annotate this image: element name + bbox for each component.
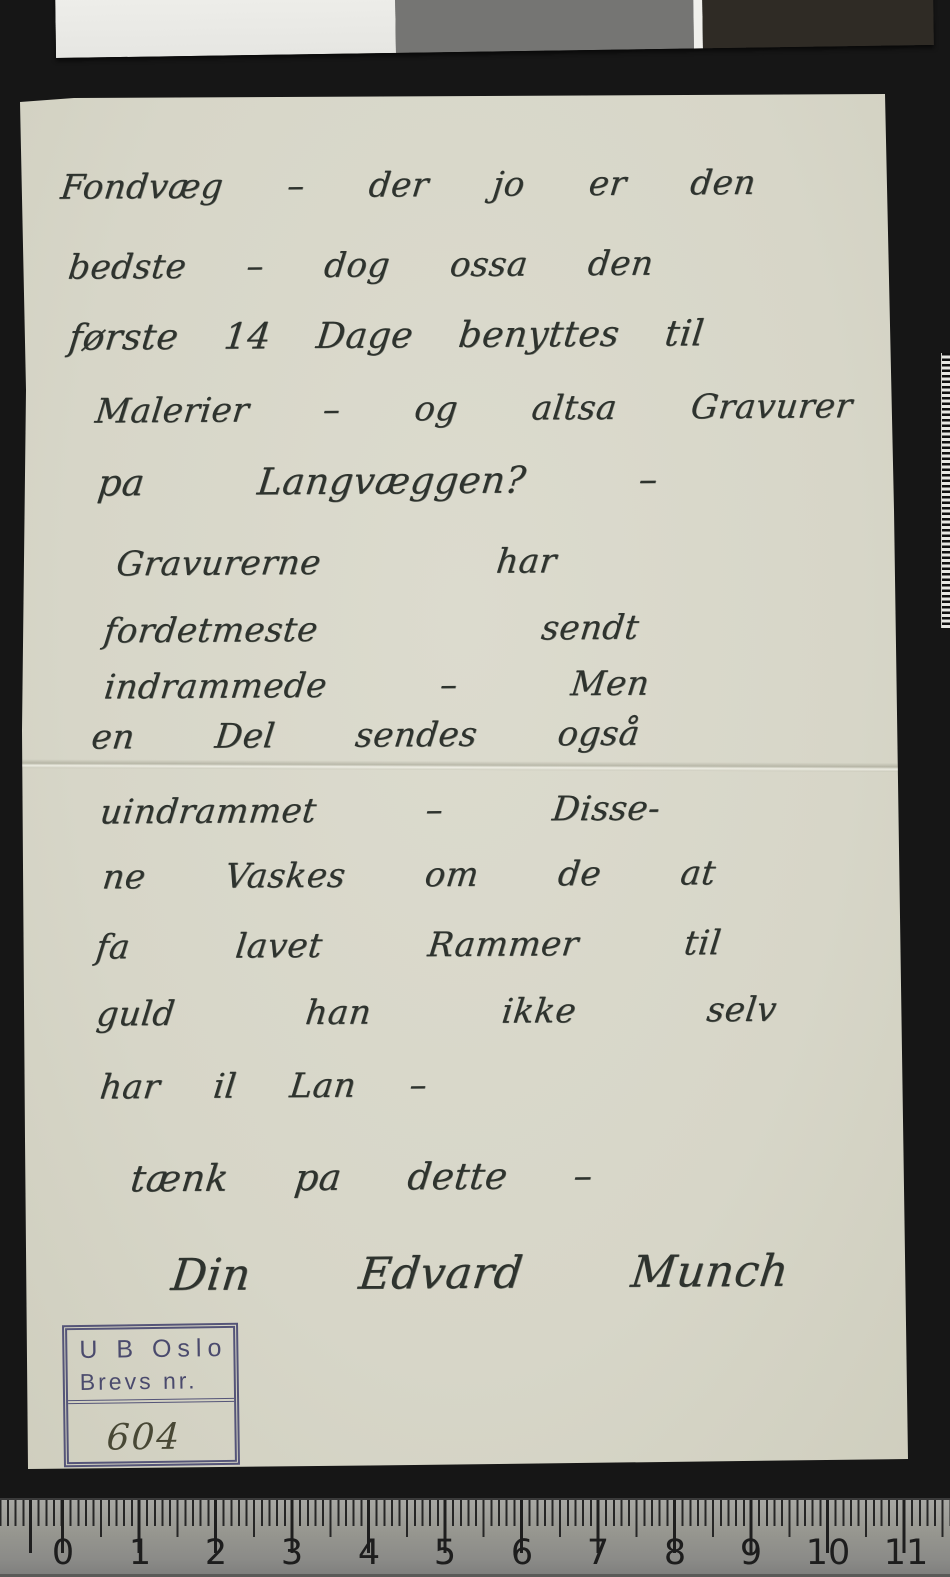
handwritten-line: fordetmeste sendt <box>102 611 641 649</box>
handwritten-line: første 14 Dage benyttes til <box>67 316 706 356</box>
ruler-number: 4 <box>358 1533 380 1573</box>
handwritten-line: Din Edvard Munch <box>169 1250 791 1298</box>
letter-paper: Fondvæg – der jo er denbedste – dog ossa… <box>14 90 912 1472</box>
ruler-number: 0 <box>52 1533 74 1573</box>
stamp-letter-number-label: Brevs nr. <box>80 1367 234 1396</box>
ruler-number: 8 <box>664 1533 686 1573</box>
handwritten-line: Gravurerne har <box>115 544 559 581</box>
ruler-number: 2 <box>205 1533 227 1573</box>
handwritten-line: fa lavet Rammer til <box>94 926 723 964</box>
ruler-number: 1 <box>129 1533 151 1573</box>
handwritten-line: Malerier – og altsa Gravurer <box>93 389 854 428</box>
handwritten-line: uindrammet – Disse- <box>98 792 662 830</box>
handwritten-line: pa Langvæggen? – <box>96 461 660 502</box>
ruler-number: 9 <box>740 1533 762 1573</box>
handwritten-line: bedste – dog ossa den <box>66 247 655 285</box>
calibration-patch-white <box>55 0 396 58</box>
bottom-ruler: 01234567891011 <box>0 1498 950 1577</box>
handwritten-line: ne Vaskes om de at <box>101 856 718 894</box>
handwritten-line: en Del sendes også <box>90 717 642 755</box>
handwritten-line: Fondvæg – der jo er den <box>59 166 758 205</box>
ruler-number: 3 <box>281 1533 303 1573</box>
handwritten-text: Fondvæg – der jo er denbedste – dog ossa… <box>9 87 917 1475</box>
scanned-letter-page: Fondvæg – der jo er denbedste – dog ossa… <box>0 0 950 1577</box>
handwritten-line: tænk pa dette – <box>129 1157 595 1197</box>
side-scale-strip <box>941 353 950 628</box>
ruler-number: 5 <box>434 1533 456 1573</box>
library-stamp-header: U B Oslo Brevs nr. <box>67 1328 234 1404</box>
handwritten-line: indrammede – Men <box>102 667 651 705</box>
calibration-patch-black <box>702 0 934 48</box>
handwritten-line: har il Lan – <box>98 1068 429 1104</box>
calibration-patch-gray <box>395 0 694 53</box>
stamp-archive-number: 604 <box>105 1416 235 1459</box>
ruler-number: 10 <box>806 1533 851 1573</box>
stamp-institution-label: U B Oslo <box>79 1334 233 1365</box>
handwritten-line: guld han ikke selv <box>95 993 779 1032</box>
ruler-number: 11 <box>884 1533 929 1573</box>
calibration-strip <box>55 0 934 58</box>
library-stamp: U B Oslo Brevs nr. 604 <box>62 1323 240 1467</box>
ruler-numbers: 01234567891011 <box>0 1500 950 1574</box>
ruler-number: 7 <box>587 1533 609 1573</box>
ruler-number: 6 <box>511 1533 533 1573</box>
